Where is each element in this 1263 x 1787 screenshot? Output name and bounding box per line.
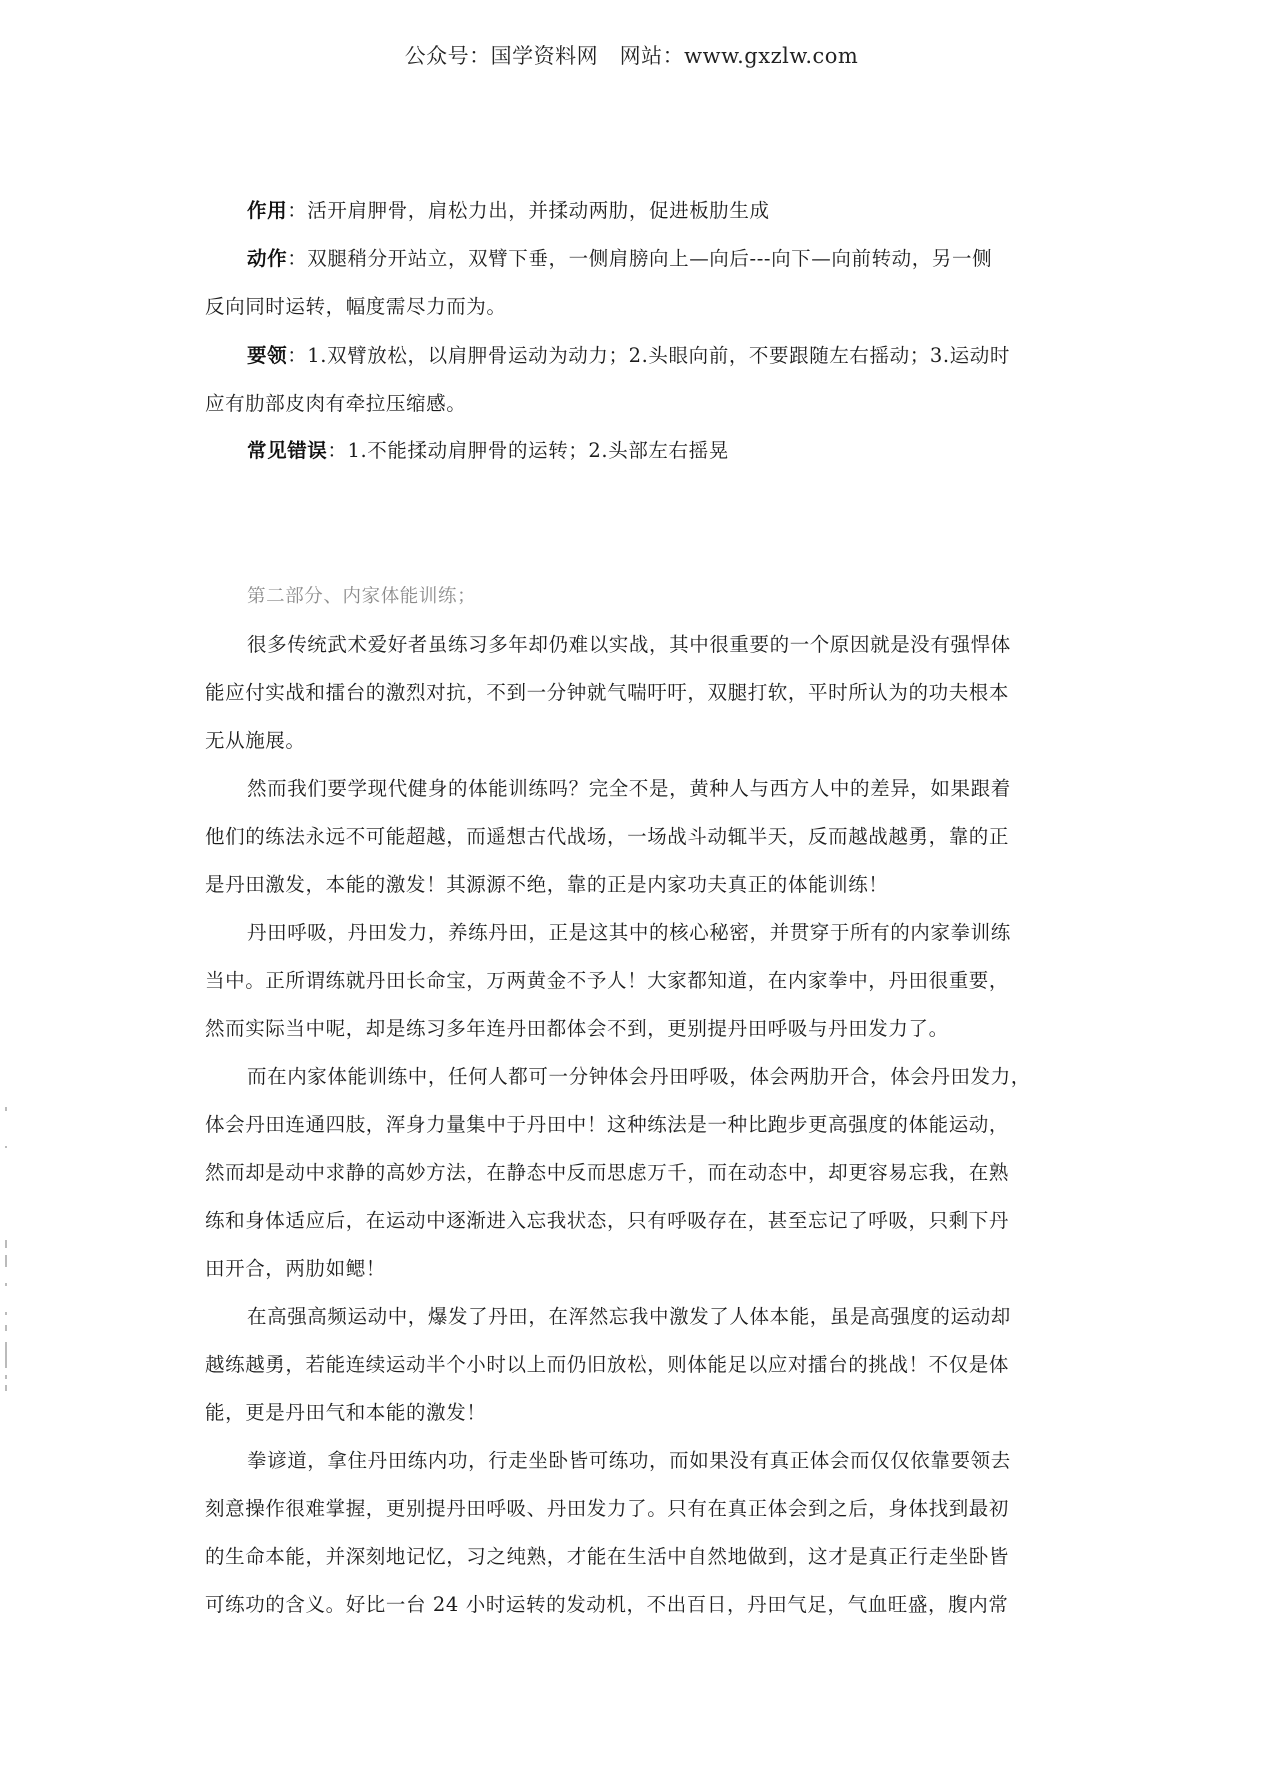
- paragraph-line: 当中。正所谓练就丹田长命宝，万两黄金不予人！大家都知道，在内家拳中，丹田很重要，: [205, 968, 1009, 994]
- paragraph-line: 无从施展。: [205, 728, 306, 754]
- effect-label: 作用: [247, 199, 287, 222]
- paragraph-line: 在高强高频运动中，爆发了丹田，在浑然忘我中激发了人体本能，虽是高强度的运动却: [247, 1304, 1011, 1330]
- section-title: 第二部分、内家体能训练；: [247, 584, 476, 610]
- scan-mark: [5, 1342, 7, 1368]
- scan-mark: [5, 1385, 7, 1391]
- scan-mark: [5, 1375, 7, 1379]
- paragraph-line: 他们的练法永远不可能超越，而遥想古代战场，一场战斗动辄半天，反而越战越勇，靠的正: [205, 824, 1009, 850]
- page-header-watermark: 公众号：国学资料网 网站：www.gxzlw.com: [0, 40, 1263, 70]
- scan-mark: [5, 1255, 7, 1267]
- scan-mark: [5, 1312, 7, 1315]
- key-points-line-2: 应有肋部皮肉有牵拉压缩感。: [205, 391, 466, 417]
- action-line-1: 动作：双腿稍分开站立，双臂下垂，一侧肩膀向上—向后---向下—向前转动，另一侧: [247, 246, 992, 272]
- paragraph-line: 是丹田激发，本能的激发！其源源不绝，靠的正是内家功夫真正的体能训练！: [205, 872, 888, 898]
- scan-mark: [5, 1146, 7, 1148]
- paragraph-line: 越练越勇，若能连续运动半个小时以上而仍旧放松，则体能足以应对擂台的挑战！不仅是体: [205, 1352, 1009, 1378]
- common-errors-line: 常见错误：1.不能揉动肩胛骨的运转；2.头部左右摇晃: [247, 438, 729, 464]
- paragraph-line: 拳谚道，拿住丹田练内功，行走坐卧皆可练功，而如果没有真正体会而仅仅依靠要领去: [247, 1448, 1011, 1474]
- paragraph-line: 然而我们要学现代健身的体能训练吗？完全不是，黄种人与西方人中的差异，如果跟着: [247, 776, 1011, 802]
- paragraph-line: 能应付实战和擂台的激烈对抗，不到一分钟就气喘吁吁，双腿打软，平时所认为的功夫根本: [205, 680, 1009, 706]
- paragraph-line: 体会丹田连通四肢，浑身力量集中于丹田中！这种练法是一种比跑步更高强度的体能运动，: [205, 1112, 1009, 1138]
- key-points-label: 要领: [247, 344, 287, 367]
- paragraph-line: 丹田呼吸，丹田发力，养练丹田，正是这其中的核心秘密，并贯穿于所有的内家拳训练: [247, 920, 1011, 946]
- paragraph-line: 然而却是动中求静的高妙方法，在静态中反而思虑万千，而在动态中，却更容易忘我，在熟: [205, 1160, 1009, 1186]
- paragraph-line: 的生命本能，并深刻地记忆，习之纯熟，才能在生活中自然地做到，这才是真正行走坐卧皆: [205, 1544, 1009, 1570]
- action-label: 动作: [247, 247, 287, 270]
- common-errors-label: 常见错误: [247, 439, 327, 462]
- scan-mark: [5, 1107, 7, 1111]
- scan-mark: [5, 1283, 7, 1286]
- scan-mark: [5, 1325, 7, 1331]
- paragraph-line: 能，更是丹田气和本能的激发！: [205, 1400, 486, 1426]
- scan-mark: [5, 1240, 7, 1248]
- paragraph-line: 田开合，两肋如鳃！: [205, 1256, 386, 1282]
- action-text-1: ：双腿稍分开站立，双臂下垂，一侧肩膀向上—向后---向下—向前转动，另一侧: [287, 247, 992, 270]
- paragraph-line: 练和身体适应后，在运动中逐渐进入忘我状态，只有呼吸存在，甚至忘记了呼吸，只剩下丹: [205, 1208, 1009, 1234]
- action-line-2: 反向同时运转，幅度需尽力而为。: [205, 294, 507, 320]
- paragraph-line: 而在内家体能训练中，任何人都可一分钟体会丹田呼吸，体会两肋开合，体会丹田发力，: [247, 1064, 1031, 1090]
- paragraph-line: 刻意操作很难掌握，更别提丹田呼吸、丹田发力了。只有在真正体会到之后，身体找到最初: [205, 1496, 1009, 1522]
- paragraph-line: 很多传统武术爱好者虽练习多年却仍难以实战，其中很重要的一个原因就是没有强悍体: [247, 632, 1011, 658]
- key-points-line-1: 要领：1.双臂放松，以肩胛骨运动为动力；2.头眼向前，不要跟随左右摇动；3.运动…: [247, 343, 1010, 369]
- paragraph-line: 可练功的含义。好比一台 24 小时运转的发动机，不出百日，丹田气足，气血旺盛，腹…: [205, 1592, 1008, 1618]
- effect-text: ：活开肩胛骨，肩松力出，并揉动两肋，促进板肋生成: [287, 199, 769, 222]
- common-errors-text: ：1.不能揉动肩胛骨的运转；2.头部左右摇晃: [327, 439, 728, 462]
- paragraph-line: 然而实际当中呢，却是练习多年连丹田都体会不到，更别提丹田呼吸与丹田发力了。: [205, 1016, 949, 1042]
- key-points-text-1: ：1.双臂放松，以肩胛骨运动为动力；2.头眼向前，不要跟随左右摇动；3.运动时: [287, 344, 1010, 367]
- effect-line: 作用：活开肩胛骨，肩松力出，并揉动两肋，促进板肋生成: [247, 198, 770, 224]
